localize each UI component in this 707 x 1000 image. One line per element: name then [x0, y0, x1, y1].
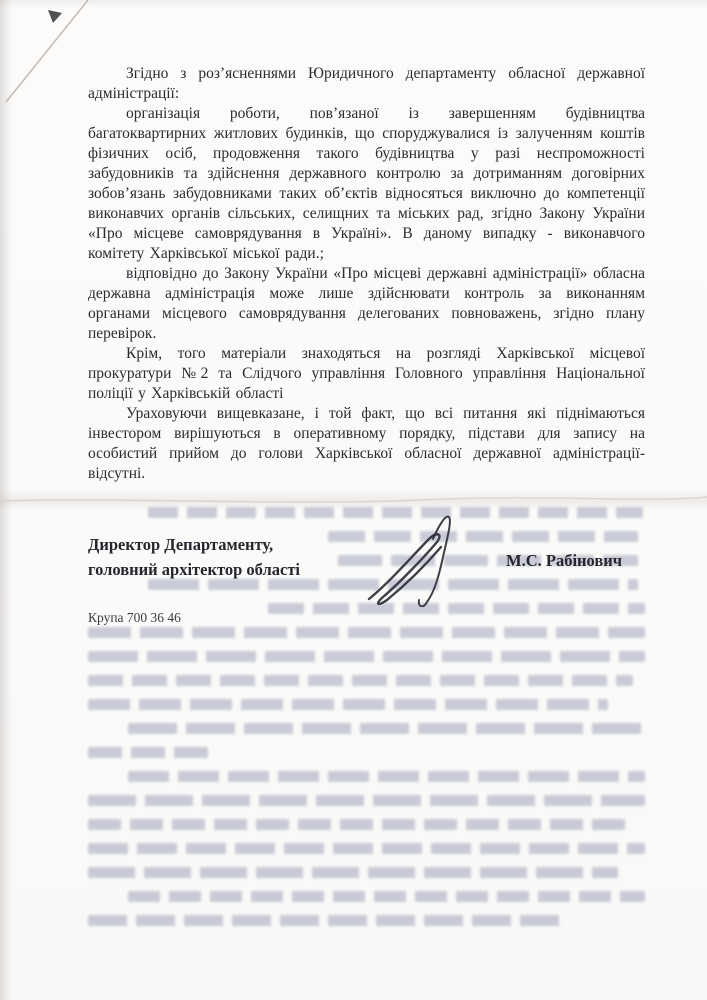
bleedthrough-line: [88, 747, 208, 758]
bleedthrough-line: [128, 723, 645, 734]
bleedthrough-line: [88, 915, 568, 926]
footer-reference: Крупа 700 36 46: [88, 610, 181, 626]
handwritten-signature: [363, 509, 489, 607]
bleedthrough-line: [128, 771, 645, 782]
paragraph: Згідно з роз’ясненнями Юридичного департ…: [88, 64, 645, 104]
bleedthrough-line: [88, 675, 633, 686]
signer-title: Директор Департаменту, головний архітект…: [88, 532, 300, 582]
horizontal-fold-shadow: [0, 490, 707, 510]
page-top-edge-shadow: [0, 0, 707, 8]
paragraph: організація роботи, пов’язаної із заверш…: [88, 104, 645, 264]
diagonal-crease-line: [6, 0, 88, 102]
bleedthrough-line: [88, 699, 608, 710]
signer-title-line2: головний архітектор області: [88, 557, 300, 582]
bleedthrough-line: [88, 867, 618, 878]
bleedthrough-line: [88, 843, 645, 854]
bleedthrough-line: [88, 651, 645, 662]
bleedthrough-line: [88, 795, 645, 806]
letter-body: Згідно з роз’ясненнями Юридичного департ…: [88, 64, 645, 484]
paragraph: відповідно до Закону України «Про місцев…: [88, 264, 645, 344]
paragraph: Ураховуючи вищевказане, і той факт, що в…: [88, 404, 645, 484]
signer-title-line1: Директор Департаменту,: [88, 532, 300, 557]
bleedthrough-line: [88, 819, 633, 830]
bleedthrough-line: [88, 627, 645, 638]
document-page: Згідно з роз’ясненнями Юридичного департ…: [0, 0, 707, 1000]
corner-fold-mark: [48, 10, 62, 23]
signer-name: М.С. Рабінович: [506, 551, 622, 571]
bleedthrough-line: [128, 891, 645, 902]
paragraph: Крім, того матеріали знаходяться на розг…: [88, 344, 645, 404]
